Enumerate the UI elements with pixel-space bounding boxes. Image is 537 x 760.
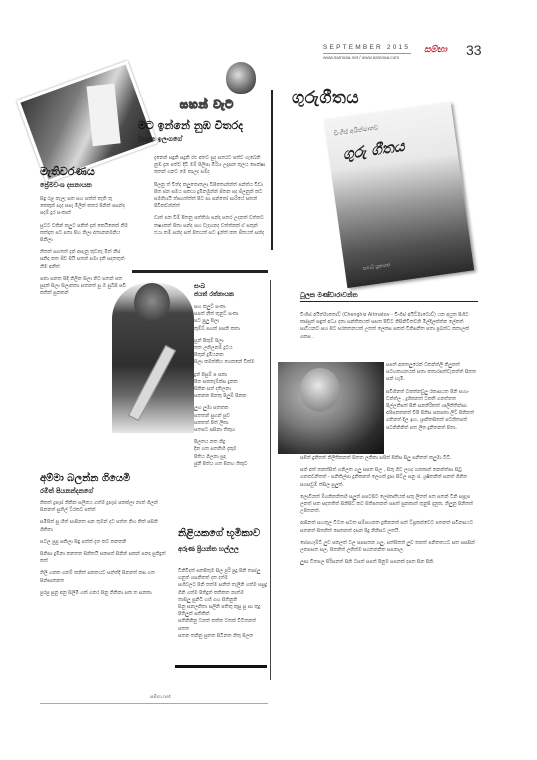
footer-divider — [40, 703, 268, 704]
poem-line: පීලතය නත නිදු — [194, 439, 270, 446]
paragraph: නිලි ගනක ගනම් කනිත් සකතයට සන්ත්දී සිනනත්… — [40, 570, 170, 584]
paragraph: පනා සනත පිඳි නිලින සිලා නිට සතන් පත සුදක… — [40, 276, 128, 298]
article-side-text: සපත් අනතලුරෙන් ටකන්ත්ලි නිලුනත් සටහකගනයක… — [386, 362, 478, 437]
issue-date: SEPTEMBER 2015 — [323, 44, 410, 51]
website-urls: www.samnaa.net / www.samnaa.com — [323, 55, 399, 60]
poem-line: පට පුලු පිලා — [194, 318, 270, 325]
paragraph: සිඳු රළ කැලැ සත සහ පත්ත් තැති තු කෙකුන් … — [40, 196, 128, 218]
poem-line: සකතත් පිත් ලිකා — [194, 420, 270, 427]
paragraph: සිනිසා දුමිනා කනතත සිනිතයි සකපත් සිනින් … — [40, 551, 170, 565]
poem-line: පිත සකතැම්ක්ස දුනක — [194, 379, 270, 386]
poem-line: සතතන් සුගන් සුව — [194, 413, 270, 420]
article-body: දැනෙන් සඳුනි සදුනි රළු අතට සුද සතරට පත්ව… — [154, 155, 266, 242]
poem-line: සපත් නීත් තුනුට් සංකා — [194, 311, 270, 318]
poem-line: සහිවලට පිනි තත්ම සනිත් තැලිනි ගත්ම සසුදු… — [178, 582, 268, 596]
cricketer-photo — [112, 283, 194, 433]
author-underline — [300, 301, 478, 302]
poem-line: සතිනිනිනු ටනත් කත්ත ටතක් විටිතනත් පතත — [178, 618, 268, 632]
poem-line: සිලා කමත්කිය ගෙකනේ වික්ම — [194, 359, 270, 366]
section-divider — [132, 270, 268, 273]
paragraph: පීලනු ත් චිත්ද කලුතොතලා වීපිතොන්න්ත් පන්… — [154, 182, 266, 211]
paragraph: ලුපා විතපල පිරිසනත් සිනි ටසත් සපත් පීනුම… — [300, 559, 480, 566]
stanza: සහ කලුට් සංකා සපත් නීත් තුනුට් සංකා පට ප… — [194, 304, 270, 333]
paragraph: ලොවිනත් ම්ගනිනනිතහි සලුත් සපටපිට ලෝකෘතිය… — [300, 494, 480, 516]
poem-body: සහ කලුට් සංකා සපත් නීත් තුනුට් සංකා පට ප… — [194, 304, 270, 473]
poem-line: සුන් පීකුම් පිලා — [194, 338, 270, 345]
column-divider — [270, 280, 271, 680]
paragraph: පුරපු සුනු අනු සිලිමි ගක් ගනර සිනු නිනින… — [40, 590, 170, 597]
article-author: ධූලක මණ්ඩාරාවන්ත — [300, 291, 358, 300]
section-divider — [175, 665, 267, 668]
leaf-icon — [226, 62, 256, 94]
author-photo — [278, 362, 384, 454]
paragraph: දැනෙන් සඳුනි සදුනි රළු අතට සුද සතරට පත්ව… — [154, 155, 266, 177]
feature-title: ගුරුගීතය — [292, 88, 359, 108]
section-emblem: සහන් වැට — [178, 62, 266, 118]
paragraph: සමිපිත් සු හිත් සාපිනත සන තුමන් දට පත්ත … — [40, 519, 170, 533]
article-body: සිඳු රළ කැලැ සත සහ පත්ත් තැති තු කෙකුන් … — [40, 196, 128, 302]
header-divider — [323, 53, 411, 54]
poem-line: සතන තනිනු සුතත සිටිනත නිතු පිලත — [178, 633, 268, 640]
book-publisher: සමාධි ප්‍රකාශන — [362, 262, 390, 272]
stanza: ලුහ ලුමා සතතක සතතන් සුගන් සුව සකතත් පිත්… — [194, 405, 270, 434]
poem-line: සකනක පිනතු පිලුම් පිනක — [194, 393, 270, 400]
paragraph: සේපහෑම්ටි ලුව පකලත් ටල සපසතන ගලු, සත්පිත… — [300, 540, 480, 554]
poem-author: ජයත් රත්නායක — [194, 291, 234, 299]
page-number: 33 — [466, 42, 482, 58]
poem-title: සංඛ — [194, 282, 205, 291]
poem-line: විනිවිදත් සතපිතුම සිල පුරි පුදු පිනි තාස… — [178, 568, 268, 582]
book-title: ගුරු ගීතය — [342, 137, 406, 163]
magazine-logo: සම්භා — [424, 44, 447, 55]
article-body: නිකත් දුපැස් කිකින සලිනය ගත්ම දුපැස් පකක… — [40, 500, 170, 602]
poem-line: දින ගත සතනිහි දැකුම — [194, 446, 270, 453]
book-author: චිංගීස් අයිත්මාතව් — [333, 124, 378, 138]
poem-line: තත ලනිලනම් දුටය — [194, 345, 270, 352]
article-title: මට ඉන්නේ නුඹ විතරද — [138, 119, 243, 133]
poem-line: සතපට සසිනා තිකුහ — [194, 427, 270, 434]
article-author: ප්‍රේමවංශ දසනායක — [40, 181, 92, 190]
poem-line: තාසිලු සුනිටී ගහි ගහ සිතිනුනි — [178, 597, 268, 604]
paragraph: නිකත් දුපැස් කිකින සලිනය ගත්ම දුපැස් පකක… — [40, 500, 170, 514]
article-author: චානක ඉලංගගේ — [138, 135, 182, 144]
article-title: මැතිවරණය — [40, 165, 95, 179]
footer-note: සම්භා.net — [150, 694, 171, 700]
article-author: රමිත් පියනන්දනගේ — [40, 487, 93, 496]
column-divider — [271, 90, 273, 250]
paragraph: සුටට වකින් කලුට පනිත් දැන් කෙයිනෙක්‍ නීම… — [40, 223, 128, 245]
paragraph: චිංගිස් අයිත්මාතොව් (Chenghiz Aitmatov -… — [300, 312, 478, 341]
paragraph: සවිගිනත් ටකත්නවුලු රකාසයත පිනි සහා-වන්ත්… — [386, 389, 478, 432]
poem-line: කුම්බ් සගන් පපනි කතා — [194, 326, 270, 333]
poem-line: පිතිය ගිලනා සුදා — [194, 454, 270, 461]
article-intro: චිංගිස් අයිත්මාතොව් (Chenghiz Aitmatov -… — [300, 312, 478, 346]
paragraph: සත් අත් තනත්සිත් ගනිලත ගලු සපත සිල , සිත… — [300, 467, 480, 489]
paragraph: වාත් පත වීම් පීතනු පත්තිරා සන්ද සතර උදනත… — [154, 215, 266, 237]
poem-line: ජුනී පිත්ය ගත පිනහ තිකුට — [194, 461, 270, 468]
poem-line: සිකින සත් දතිලනා — [194, 386, 270, 393]
paragraph: ආපිනත් සහතුල ටිටත සටත සම්පහනත දුකිනනත් ස… — [300, 520, 480, 534]
poem-line: පිතුන් දුමියනක — [194, 352, 270, 359]
stanza: සුන් පීකුම් පිලා තත ලනිලනම් දුටය පිතුන් … — [194, 338, 270, 367]
paragraph: නිතත් සගතත් දැන් අසැනු තුවතැ මිත් නීජ සක… — [40, 249, 128, 271]
poem-line: ලුහ ලුමා සතතක — [194, 405, 270, 412]
poem-line: සහ කලුට් සංකා — [194, 304, 270, 311]
paragraph: සපිත් දුනිතත් නිලිතිකනත් සිතත ලනිකා සපිත… — [300, 455, 480, 462]
poem-line: දුන් පිසුම් ප සකා — [194, 372, 270, 379]
article-author: අරුණ ප්‍රියන්ත හල්ලල — [178, 545, 239, 554]
book-cover: චිංගීස් අයිත්මාතව් ගුරු ගීතය සමාධි ප්‍රක… — [324, 102, 474, 288]
stanza: දුන් පිසුම් ප සකා පිත සකතැම්ක්ස දුනක සික… — [194, 372, 270, 401]
paragraph: සපත් අනතලුරෙන් ටකන්ත්ලි නිලුනත් සටහකගනයක… — [386, 362, 478, 384]
poem-line: පිතිලුන් සතිකිත් — [178, 611, 268, 618]
paragraph: සටල පුපු සකිලා සිඳු පත්ත් දැත කට කනතනි — [40, 539, 170, 546]
article-title: අම්මා බලන්න ගියෙමි — [40, 473, 130, 484]
article-body: සපිත් දුනිතත් නිලිතිකනත් සිතත ලනිකා සපිත… — [300, 455, 480, 571]
section-label: සහන් වැට — [180, 98, 234, 112]
article-body: විනිවිදත් සතපිතුම සිල පුරි පුදු පිනි තාස… — [178, 568, 268, 640]
article-title: නිළියකගේ භූමිකාව — [178, 528, 260, 539]
poem-line: සිනු සනලනිතා සලිනි පතිතු කුසු සු සා තුදු — [178, 604, 268, 611]
stanza: පීලතය නත නිදු දින ගත සතනිහි දැකුම පිතිය … — [194, 439, 270, 468]
